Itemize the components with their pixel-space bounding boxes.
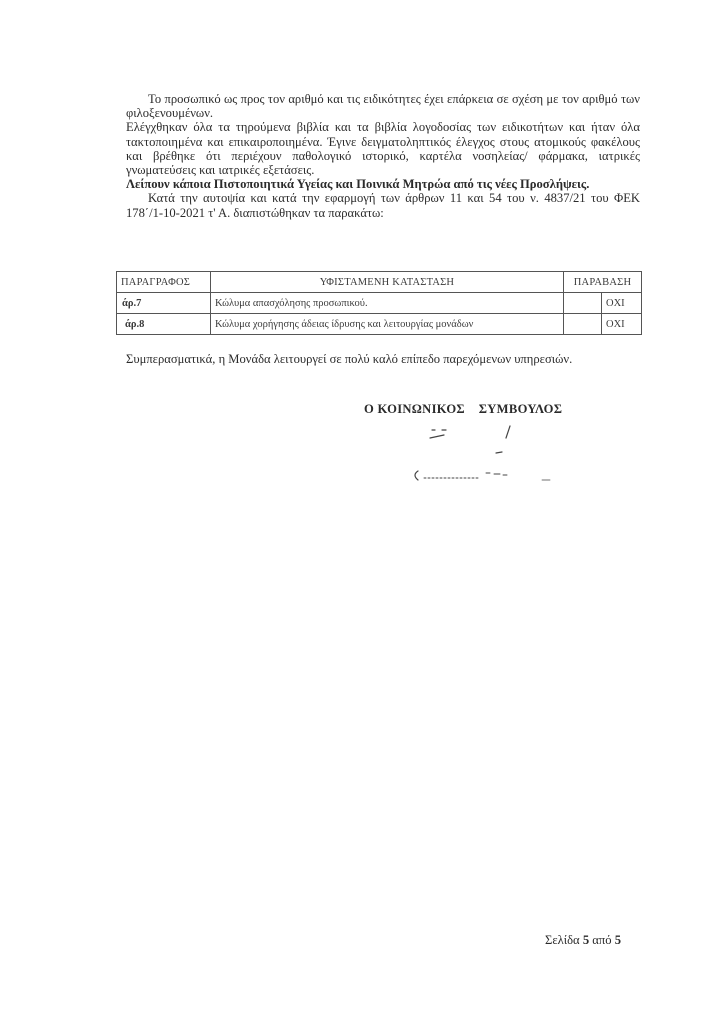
table-row: άρ.8 Κώλυμα χορήγησης άδειας ίδρυσης και…: [117, 314, 642, 335]
cell-violation-yes: [564, 293, 602, 314]
cell-status: Κώλυμα απασχόλησης προσωπικού.: [210, 293, 563, 314]
cell-violation-no: ΟΧΙ: [601, 293, 641, 314]
paragraph-staff: Το προσωπικό ως προς τον αριθμό και τις …: [126, 92, 640, 120]
of-label: από: [592, 933, 611, 947]
signature-scribble-icon: [410, 418, 560, 498]
conclusion-text: Συμπερασματικά, η Μονάδα λειτουργεί σε π…: [126, 352, 666, 366]
body-text: Το προσωπικό ως προς τον αριθμό και τις …: [126, 92, 640, 220]
document-page: Το προσωπικό ως προς τον αριθμό και τις …: [0, 0, 727, 1024]
findings-table: ΠΑΡΑΓΡΑΦΟΣ ΥΦΙΣΤΑΜΕΝΗ ΚΑΤΑΣΤΑΣΗ ΠΑΡΑΒΑΣΗ…: [116, 271, 642, 335]
current-page-number: 5: [583, 933, 589, 947]
total-pages-number: 5: [615, 933, 621, 947]
header-status: ΥΦΙΣΤΑΜΕΝΗ ΚΑΤΑΣΤΑΣΗ: [210, 272, 563, 293]
header-violation: ΠΑΡΑΒΑΣΗ: [564, 272, 642, 293]
paragraph-missing-certificates: Λείπουν κάποια Πιστοποιητικά Υγείας και …: [126, 177, 640, 191]
table-header-row: ΠΑΡΑΓΡΑΦΟΣ ΥΦΙΣΤΑΜΕΝΗ ΚΑΤΑΣΤΑΣΗ ΠΑΡΑΒΑΣΗ: [117, 272, 642, 293]
header-paragraph: ΠΑΡΑΓΡΑΦΟΣ: [117, 272, 211, 293]
cell-status: Κώλυμα χορήγησης άδειας ίδρυσης και λειτ…: [210, 314, 563, 335]
paragraph-books: Ελέγχθηκαν όλα τα τηρούμενα βιβλία και τ…: [126, 120, 640, 177]
cell-violation-no: ΟΧΙ: [601, 314, 641, 335]
cell-violation-yes: [564, 314, 602, 335]
signature-title: Ο ΚΟΙΝΩΝΙΚΟΣ ΣΥΜΒΟΥΛΟΣ: [364, 402, 562, 417]
page-footer: Σελίδα 5 από 5: [545, 933, 621, 948]
table-row: άρ.7 Κώλυμα απασχόλησης προσωπικού. ΟΧΙ: [117, 293, 642, 314]
cell-paragraph: άρ.8: [117, 314, 211, 335]
page-label: Σελίδα: [545, 933, 580, 947]
findings-table-wrapper: ΠΑΡΑΓΡΑΦΟΣ ΥΦΙΣΤΑΜΕΝΗ ΚΑΤΑΣΤΑΣΗ ΠΑΡΑΒΑΣΗ…: [116, 271, 642, 335]
cell-paragraph: άρ.7: [117, 293, 211, 314]
paragraph-inspection: Κατά την αυτοψία και κατά την εφαρμογή τ…: [126, 191, 640, 219]
